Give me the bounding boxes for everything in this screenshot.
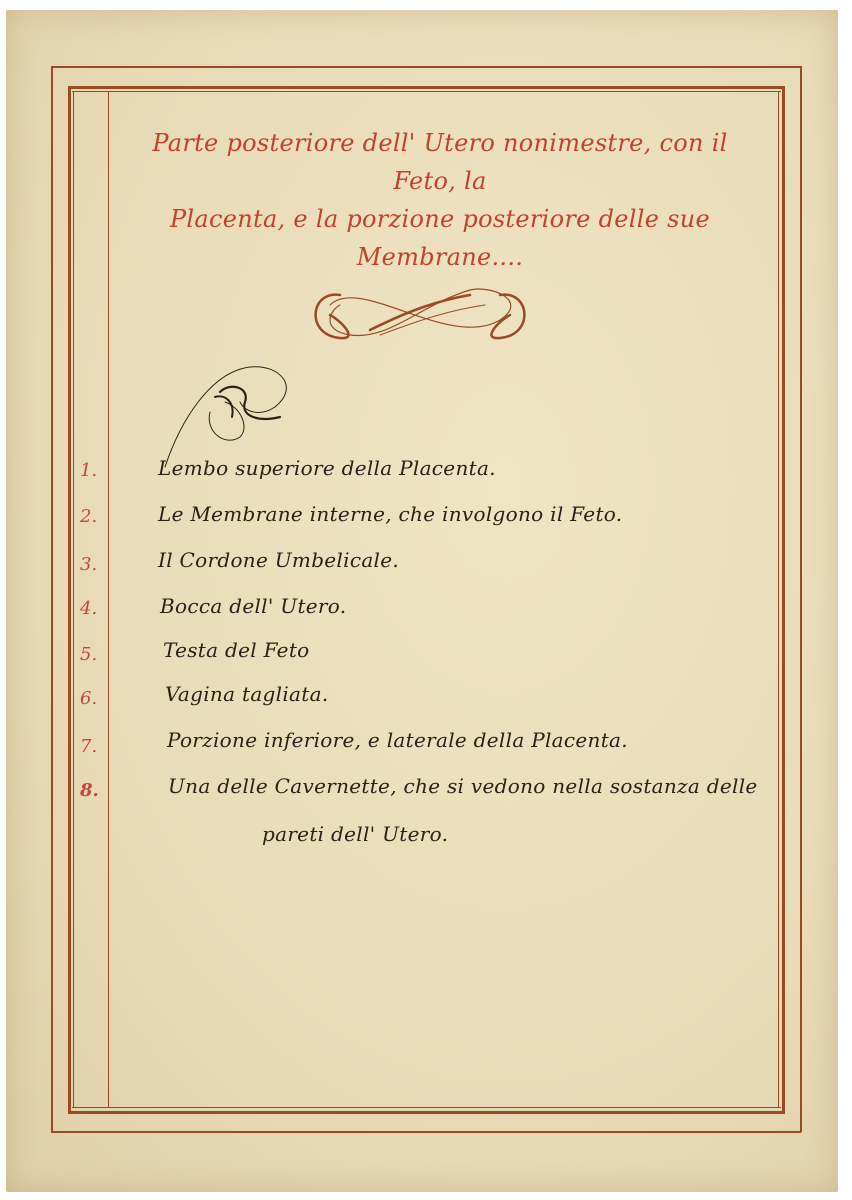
- list-item-continuation: pareti dell' Utero.: [262, 822, 448, 846]
- inner-border-right-thin: [778, 91, 779, 1108]
- inner-border-left-thin: [73, 91, 74, 1108]
- list-item: Vagina tagliata.: [165, 682, 329, 706]
- list-item: Una delle Cavernette, che si vedono nell…: [168, 774, 758, 798]
- title-line-1: Parte posteriore dell' Utero nonimestre,…: [120, 124, 760, 200]
- item-number: 4.: [80, 598, 110, 619]
- list-item: Lembo superiore della Placenta.: [158, 456, 496, 480]
- inner-border-bottom-thick: [68, 1111, 785, 1114]
- list-item: Testa del Feto: [163, 638, 310, 662]
- inner-border-left-thick: [68, 86, 71, 1114]
- outer-border-bottom: [51, 1131, 801, 1133]
- item-number: 8.: [80, 780, 110, 801]
- list-item: Le Membrane interne, che involgono il Fe…: [158, 502, 622, 526]
- item-number: 3.: [80, 554, 110, 575]
- item-number: 7.: [80, 736, 110, 757]
- inner-border-top-thin: [72, 91, 781, 92]
- outer-border-top: [51, 66, 801, 68]
- title-line-3: Membrane....: [120, 238, 760, 276]
- inner-border-right-thick: [782, 86, 785, 1114]
- item-number: 5.: [80, 644, 110, 665]
- list-item: Bocca dell' Utero.: [160, 594, 346, 618]
- flourish-ornament-icon: [300, 280, 540, 350]
- outer-border-right: [800, 66, 802, 1132]
- item-number: 6.: [80, 688, 110, 709]
- list-item: Il Cordone Umbelicale.: [158, 548, 399, 572]
- item-number: 1.: [80, 460, 110, 481]
- list-item: Porzione inferiore, e laterale della Pla…: [167, 728, 628, 752]
- item-number: 2.: [80, 506, 110, 527]
- page-title: Parte posteriore dell' Utero nonimestre,…: [120, 124, 760, 276]
- inner-border-bottom-thin: [72, 1107, 781, 1108]
- outer-border-left: [51, 66, 53, 1132]
- title-line-2: Placenta, e la porzione posteriore delle…: [120, 200, 760, 238]
- inner-border-top-thick: [68, 86, 785, 89]
